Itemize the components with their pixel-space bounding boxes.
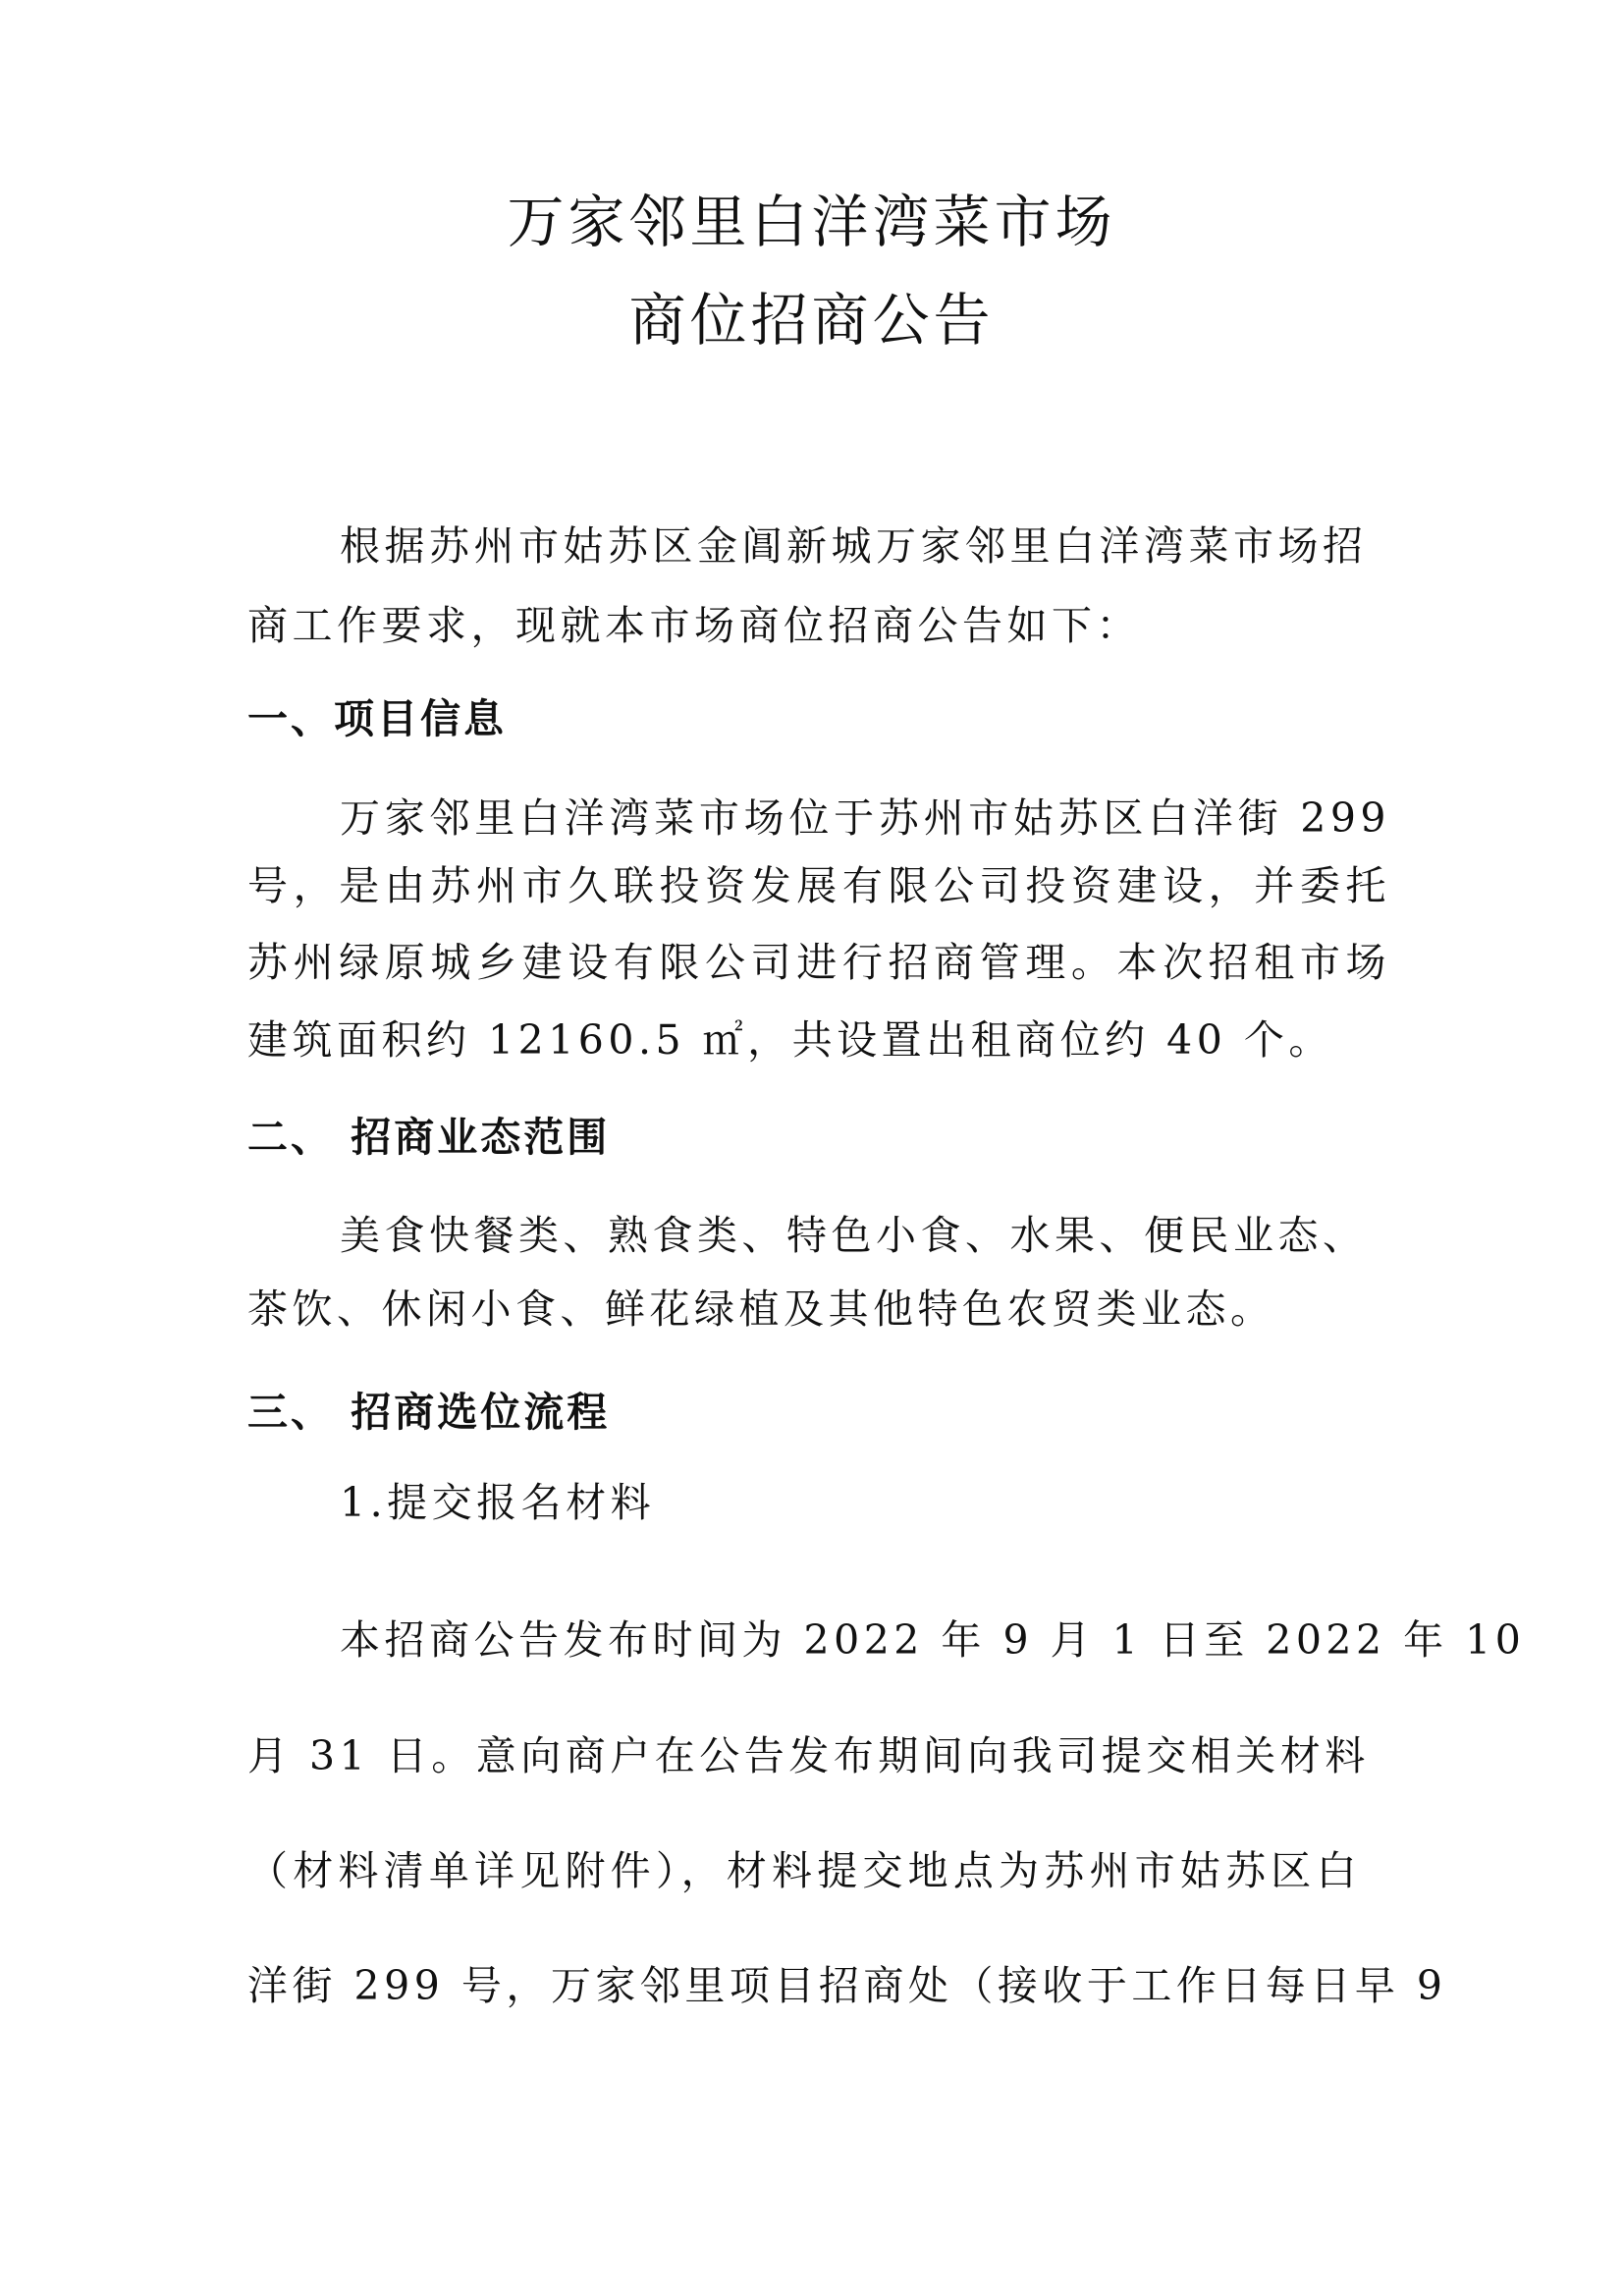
section-heading-business-scope: 二、 招商业态范围 bbox=[247, 1118, 610, 1158]
selection-process-line-2: 月 31 日。意向商户在公告发布期间向我司提交相关材料 bbox=[247, 1736, 1370, 1777]
project-info-line-1: 万家邻里白洋湾菜市场位于苏州市姑苏区白洋街 299 bbox=[340, 798, 1390, 839]
selection-process-line-1: 本招商公告发布时间为 2022 年 9 月 1 日至 2022 年 10 bbox=[340, 1620, 1361, 1661]
document-page: 万家邻里白洋湾菜市场 商位招商公告 根据苏州市姑苏区金阊新城万家邻里白洋湾菜市场… bbox=[0, 0, 1623, 2296]
business-scope-line-2: 茶饮、休闲小食、鲜花绿植及其他特色农贸类业态。 bbox=[247, 1289, 1275, 1330]
business-scope-line-1: 美食快餐类、熟食类、特色小食、水果、便民业态、 bbox=[340, 1216, 1368, 1256]
intro-line-1: 根据苏州市姑苏区金阊新城万家邻里白洋湾菜市场招 bbox=[340, 526, 1361, 567]
document-title-line-2: 商位招商公告 bbox=[0, 292, 1623, 349]
project-info-line-4: 建筑面积约 12160.5 ㎡，共设置出租商位约 40 个。 bbox=[247, 1020, 1333, 1061]
selection-process-line-4: 洋街 299 号，万家邻里项目招商处（接收于工作日每日早 9 bbox=[247, 1966, 1384, 2006]
step-1-heading: 1.提交报名材料 bbox=[340, 1483, 655, 1523]
selection-process-line-3: （材料清单详见附件），材料提交地点为苏州市姑苏区白 bbox=[247, 1851, 1361, 1891]
intro-line-2: 商工作要求，现就本市场商位招商公告如下： bbox=[247, 606, 1141, 646]
section-heading-project-info: 一、项目信息 bbox=[247, 699, 507, 739]
project-info-line-2: 号，是由苏州市久联投资发展有限公司投资建设，并委托 bbox=[247, 866, 1390, 906]
project-info-line-3: 苏州绿原城乡建设有限公司进行招商管理。本次招租市场 bbox=[247, 943, 1390, 983]
section-heading-selection-process: 三、 招商选位流程 bbox=[247, 1393, 610, 1433]
document-title-line-1: 万家邻里白洋湾菜市场 bbox=[0, 193, 1623, 250]
